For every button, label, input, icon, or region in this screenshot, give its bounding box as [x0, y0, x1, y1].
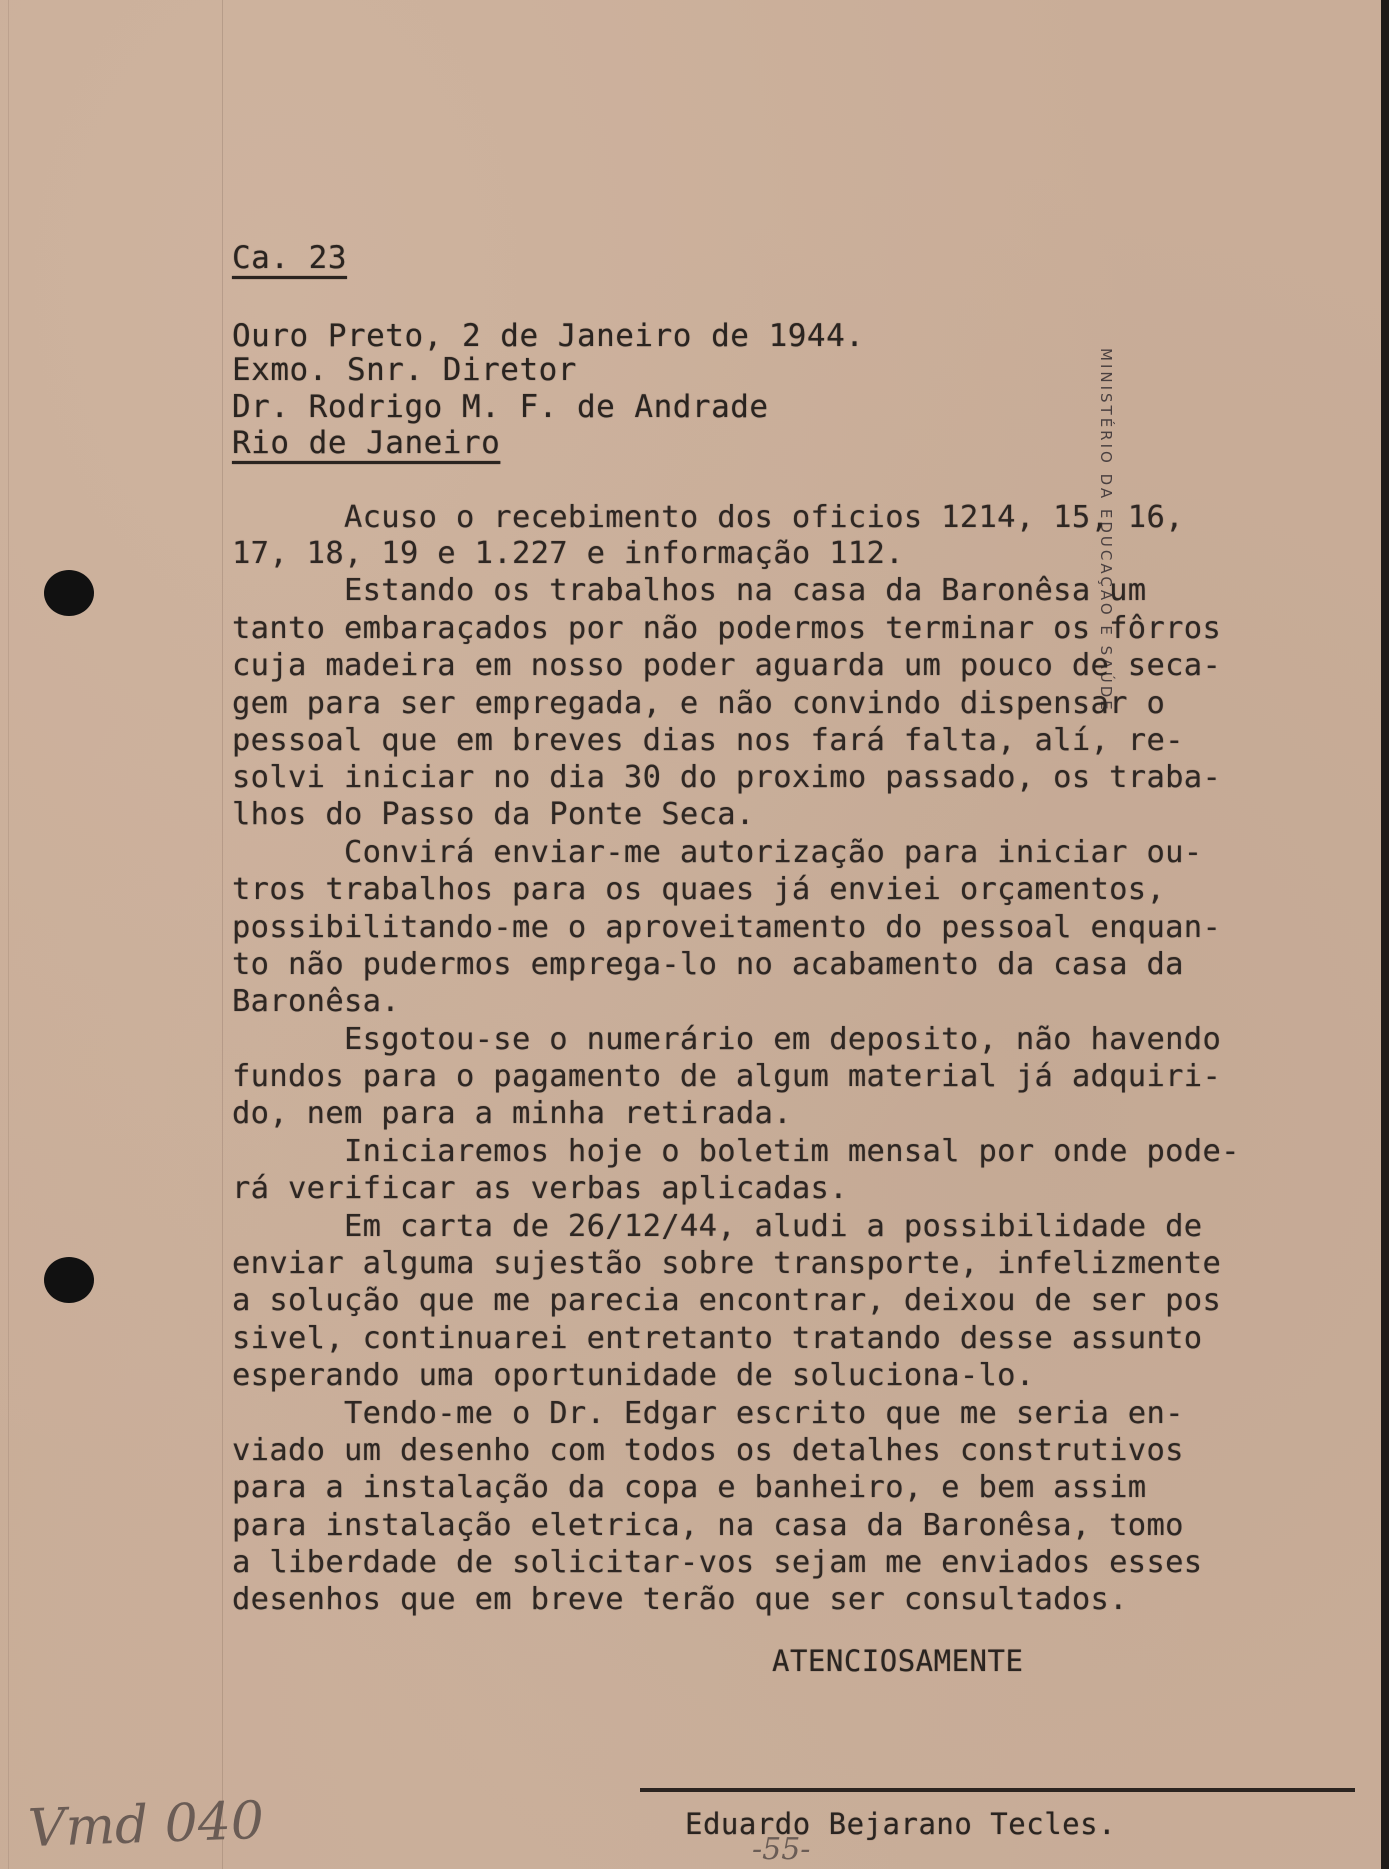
- handwritten-page-number: -55-: [752, 1832, 810, 1867]
- body-line: sivel, continuarei entretanto tratando d…: [232, 1321, 1202, 1356]
- body-line: Convirá enviar-me autorização para inici…: [232, 835, 1202, 870]
- body-line: pessoal que em breves dias nos fará falt…: [232, 723, 1184, 758]
- body-line: fundos para o pagamento de algum materia…: [232, 1059, 1221, 1094]
- body-line: cuja madeira em nosso poder aguarda um p…: [232, 648, 1221, 683]
- date-line: Ouro Preto, 2 de Janeiro de 1944.: [232, 318, 864, 354]
- margin-fold-line: [222, 0, 223, 1869]
- body-line: possibilitando-me o aproveitamento do pe…: [232, 910, 1221, 945]
- body-line: Iniciaremos hoje o boletim mensal por on…: [232, 1134, 1240, 1169]
- body-line: a solução que me parecia encontrar, deix…: [232, 1283, 1221, 1318]
- body-line: Tendo-me o Dr. Edgar escrito que me seri…: [232, 1396, 1184, 1431]
- body-line: esperando uma oportunidade de soluciona-…: [232, 1358, 1035, 1393]
- closing-salutation: ATENCIOSAMENTE: [772, 1644, 1023, 1678]
- body-line: desenhos que em breve terão que ser cons…: [232, 1582, 1128, 1617]
- body-line: a liberdade de solicitar-vos sejam me en…: [232, 1545, 1202, 1580]
- recipient-salutation: Exmo. Snr. Diretor: [232, 352, 577, 388]
- signatory-name: Eduardo Bejarano Tecles.: [685, 1807, 1116, 1841]
- body-line: Estando os trabalhos na casa da Baronêsa…: [232, 573, 1146, 608]
- letter-page: Ca. 23 Ouro Preto, 2 de Janeiro de 1944.…: [0, 0, 1381, 1869]
- left-edge-line: [8, 0, 9, 1869]
- body-line: gem para ser empregada, e não convindo d…: [232, 686, 1165, 721]
- body-line: tanto embaraçados por não podermos termi…: [232, 611, 1221, 646]
- handwritten-archive-code: Vmd 040: [27, 1791, 265, 1859]
- body-line: para instalação eletrica, na casa da Bar…: [232, 1508, 1184, 1543]
- punch-hole-bottom: [44, 1257, 94, 1303]
- recipient-name: Dr. Rodrigo M. F. de Andrade: [232, 389, 769, 425]
- body-line: do, nem para a minha retirada.: [232, 1096, 792, 1131]
- body-line: lhos do Passo da Ponte Seca.: [232, 797, 755, 832]
- body-line: 17, 18, 19 e 1.227 e informação 112.: [232, 536, 904, 571]
- body-line: Baronêsa.: [232, 984, 400, 1019]
- document-reference: Ca. 23: [232, 240, 347, 276]
- scan-edge-border: [1381, 0, 1389, 1869]
- signature-line: [640, 1788, 1355, 1792]
- body-line: solvi iniciar no dia 30 do proximo passa…: [232, 760, 1221, 795]
- body-line: Acuso o recebimento dos oficios 1214, 15…: [232, 500, 1184, 535]
- punch-hole-top: [44, 570, 94, 616]
- body-line: enviar alguma sujestão sobre transporte,…: [232, 1246, 1221, 1281]
- body-line: to não pudermos emprega-lo no acabamento…: [232, 947, 1184, 982]
- body-line: viado um desenho com todos os detalhes c…: [232, 1433, 1184, 1468]
- body-line: para a instalação da copa e banheiro, e …: [232, 1470, 1146, 1505]
- recipient-city: Rio de Janeiro: [232, 425, 500, 461]
- body-line: rá verificar as verbas aplicadas.: [232, 1171, 848, 1206]
- body-line: tros trabalhos para os quaes já enviei o…: [232, 872, 1165, 907]
- body-line: Em carta de 26/12/44, aludi a possibilid…: [232, 1209, 1202, 1244]
- body-line: Esgotou-se o numerário em deposito, não …: [232, 1022, 1221, 1057]
